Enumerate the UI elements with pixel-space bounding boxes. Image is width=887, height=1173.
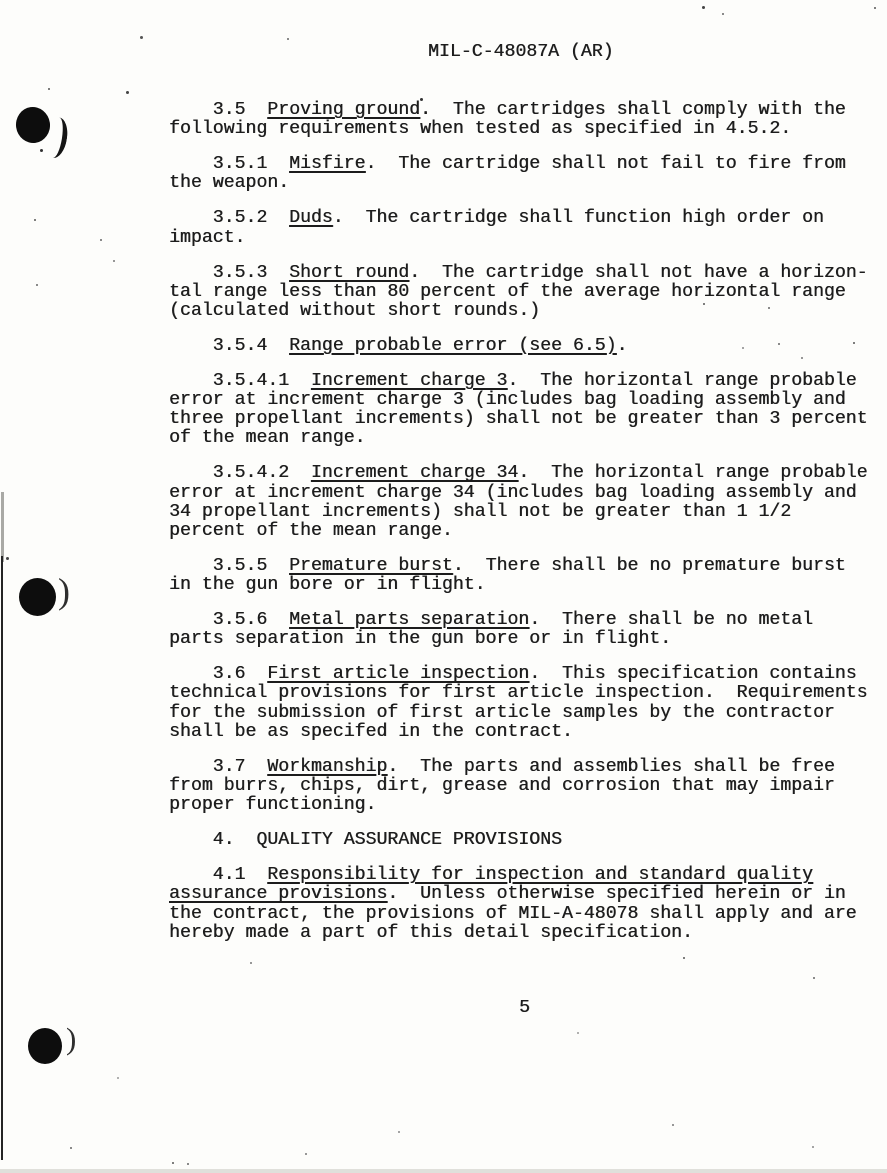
- scan-speckle: [398, 1131, 400, 1133]
- text-segment: 3.5.3: [169, 263, 289, 283]
- scan-speckle: [683, 957, 685, 959]
- scan-speckle: [140, 36, 143, 39]
- punch-hole-mark: [19, 578, 56, 616]
- text-line: (calculated without short rounds.): [169, 302, 868, 321]
- scan-speckle: [100, 239, 102, 241]
- text-line: 4. QUALITY ASSURANCE PROVISIONS: [169, 831, 868, 850]
- scan-speckle: [672, 1124, 674, 1126]
- paragraph: 3.5.3 Short round. The cartridge shall n…: [169, 264, 868, 322]
- document-body: 3.5 Proving ground. The cartridges shall…: [169, 101, 868, 959]
- scanned-document-page: MIL-C-48087A (AR) 3.5 Proving ground. Th…: [0, 0, 887, 1173]
- text-line: 3.5.4.2 Increment charge 34. The horizon…: [169, 464, 868, 483]
- scan-speckle: [172, 1162, 174, 1164]
- text-segment: error at increment charge 34 (includes b…: [169, 483, 857, 503]
- scan-speckle: [6, 557, 9, 560]
- scan-speckle: [778, 343, 780, 345]
- text-line: from burrs, chips, dirt, grease and corr…: [169, 777, 868, 796]
- punch-hole-mark: [28, 1028, 62, 1064]
- text-line: shall be as specifed in the contract.: [169, 723, 868, 742]
- text-segment: 4.1: [169, 865, 267, 885]
- text-segment: 3.5: [169, 100, 267, 120]
- document-header: MIL-C-48087A (AR): [428, 43, 614, 62]
- text-segment: 3.5.4.2: [169, 463, 311, 483]
- scan-speckle: [113, 260, 115, 262]
- scan-speckle: [70, 1147, 72, 1149]
- text-line: error at increment charge 3 (includes ba…: [169, 391, 868, 410]
- text-segment: 3.5.4: [169, 336, 289, 356]
- scan-speckle: [250, 962, 252, 964]
- text-segment: . The parts and assemblies shall be free: [387, 757, 835, 777]
- text-segment: . There shall be no premature burst: [453, 556, 846, 576]
- paragraph: 3.6 First article inspection. This speci…: [169, 665, 868, 742]
- text-segment: the weapon.: [169, 173, 289, 193]
- scan-speckle: [117, 1077, 119, 1079]
- scan-speckle: [34, 219, 36, 221]
- text-line: hereby made a part of this detail specif…: [169, 924, 868, 943]
- text-line: following requirements when tested as sp…: [169, 120, 868, 139]
- paragraph: 4.1 Responsibility for inspection and st…: [169, 866, 868, 943]
- scan-speckle: [287, 38, 289, 40]
- underlined-text-segment: Increment charge 3: [311, 371, 507, 391]
- text-segment: 3.6: [169, 664, 267, 684]
- text-line: the contract, the provisions of MIL-A-48…: [169, 905, 868, 924]
- text-line: percent of the mean range.: [169, 522, 868, 541]
- scan-speckle: [862, 420, 864, 422]
- scan-speckle: [874, 7, 876, 9]
- text-line: 3.5.4.1 Increment charge 3. The horizont…: [169, 372, 868, 391]
- underlined-text-segment: First article inspection: [267, 664, 529, 684]
- text-segment: . The cartridge shall not fail to fire f…: [365, 154, 845, 174]
- text-segment: technical provisions for first article i…: [169, 683, 868, 703]
- text-segment: impact.: [169, 228, 245, 248]
- scan-speckle: [702, 6, 705, 9]
- paragraph: 3.5.1 Misfire. The cartridge shall not f…: [169, 155, 868, 193]
- text-segment: error at increment charge 3 (includes ba…: [169, 390, 846, 410]
- text-segment: 3.5.6: [169, 610, 289, 630]
- pen-crescent-mark: ): [58, 570, 70, 612]
- scan-speckle: [577, 1032, 579, 1034]
- scan-edge-line: [1, 556, 3, 1160]
- underlined-text-segment: Short round: [289, 263, 409, 283]
- scan-speckle: [305, 1153, 307, 1155]
- text-segment: . The cartridge shall not have a horizon…: [409, 263, 867, 283]
- text-line: 3.5.4 Range probable error (see 6.5).: [169, 337, 868, 356]
- text-segment: .: [617, 336, 628, 356]
- text-segment: 3.7: [169, 757, 267, 777]
- scan-speckle: [703, 303, 705, 305]
- text-segment: . The horizontal range probable: [518, 463, 867, 483]
- underlined-text-segment: Proving ground: [267, 100, 420, 120]
- text-line: of the mean range.: [169, 429, 868, 448]
- text-segment: percent of the mean range.: [169, 521, 453, 541]
- text-line: three propellant increments) shall not b…: [169, 410, 868, 429]
- text-line: for the submission of first article samp…: [169, 704, 868, 723]
- scan-speckle: [187, 1163, 189, 1165]
- text-segment: in the gun bore or in flight.: [169, 575, 486, 595]
- text-segment: of the mean range.: [169, 428, 365, 448]
- text-line: 4.1 Responsibility for inspection and st…: [169, 866, 868, 885]
- scan-speckle: [48, 88, 50, 90]
- scan-speckle: [768, 307, 770, 309]
- text-line: technical provisions for first article i…: [169, 684, 868, 703]
- text-line: 3.5.3 Short round. The cartridge shall n…: [169, 264, 868, 283]
- text-segment: . The cartridge shall function high orde…: [333, 208, 824, 228]
- text-segment: . The cartridges shall comply with the: [420, 100, 846, 120]
- text-segment: from burrs, chips, dirt, grease and corr…: [169, 776, 835, 796]
- paragraph: 3.5.4 Range probable error (see 6.5).: [169, 337, 868, 356]
- underlined-text-segment: Metal parts separation: [289, 610, 529, 630]
- scan-edge-shadow: [0, 1169, 887, 1173]
- scan-edge-line: [1, 492, 4, 562]
- pen-crescent-mark: [41, 115, 70, 159]
- text-line: 3.5.1 Misfire. The cartridge shall not f…: [169, 155, 868, 174]
- text-line: parts separation in the gun bore or in f…: [169, 630, 868, 649]
- scan-speckle: [40, 149, 43, 152]
- text-segment: 3.5.4.1: [169, 371, 311, 391]
- text-segment: following requirements when tested as sp…: [169, 119, 791, 139]
- text-line: in the gun bore or in flight.: [169, 576, 868, 595]
- underlined-text-segment: Duds: [289, 208, 333, 228]
- paragraph: 3.5.4.2 Increment charge 34. The horizon…: [169, 464, 868, 541]
- text-line: assurance provisions. Unless otherwise s…: [169, 885, 868, 904]
- text-segment: three propellant increments) shall not b…: [169, 409, 868, 429]
- underlined-text-segment: Misfire: [289, 154, 365, 174]
- text-line: 3.7 Workmanship. The parts and assemblie…: [169, 758, 868, 777]
- text-segment: . Unless otherwise specified herein or i…: [387, 884, 845, 904]
- paragraph: 3.5.4.1 Increment charge 3. The horizont…: [169, 372, 868, 449]
- text-line: error at increment charge 34 (includes b…: [169, 484, 868, 503]
- paragraph: 4. QUALITY ASSURANCE PROVISIONS: [169, 831, 868, 850]
- text-line: proper functioning.: [169, 796, 868, 815]
- underlined-text-segment: Workmanship: [267, 757, 387, 777]
- text-segment: tal range less than 80 percent of the av…: [169, 282, 846, 302]
- scan-speckle: [853, 342, 855, 344]
- text-line: tal range less than 80 percent of the av…: [169, 283, 868, 302]
- text-segment: 3.5.5: [169, 556, 289, 576]
- underlined-text-segment: Range probable error (see 6.5): [289, 336, 616, 356]
- text-segment: shall be as specifed in the contract.: [169, 722, 573, 742]
- page-number: 5: [519, 999, 530, 1018]
- scan-speckle: [801, 357, 803, 359]
- paragraph: 3.5 Proving ground. The cartridges shall…: [169, 101, 868, 139]
- paragraph: 3.5.2 Duds. The cartridge shall function…: [169, 209, 868, 247]
- scan-speckle: [126, 91, 129, 94]
- underlined-text-segment: Responsibility for inspection and standa…: [267, 865, 813, 885]
- text-segment: proper functioning.: [169, 795, 376, 815]
- underlined-text-segment: Premature burst: [289, 556, 453, 576]
- text-line: the weapon.: [169, 174, 868, 193]
- text-segment: 34 propellant increments) shall not be g…: [169, 502, 791, 522]
- scan-speckle: [36, 284, 38, 286]
- text-segment: (calculated without short rounds.): [169, 301, 540, 321]
- scan-speckle: [812, 1146, 814, 1148]
- text-line: impact.: [169, 229, 868, 248]
- text-segment: the contract, the provisions of MIL-A-48…: [169, 904, 857, 924]
- text-line: 3.5.5 Premature burst. There shall be no…: [169, 557, 868, 576]
- paragraph: 3.7 Workmanship. The parts and assemblie…: [169, 758, 868, 816]
- text-line: 34 propellant increments) shall not be g…: [169, 503, 868, 522]
- text-segment: . This specification contains: [529, 664, 856, 684]
- text-segment: . The horizontal range probable: [507, 371, 856, 391]
- text-segment: hereby made a part of this detail specif…: [169, 923, 693, 943]
- pen-crescent-mark: ): [66, 1021, 76, 1057]
- text-segment: 4. QUALITY ASSURANCE PROVISIONS: [169, 830, 562, 850]
- scan-speckle: [420, 98, 423, 101]
- scan-speckle: [813, 977, 815, 979]
- text-segment: . There shall be no metal: [529, 610, 813, 630]
- text-line: 3.5 Proving ground. The cartridges shall…: [169, 101, 868, 120]
- paragraph: 3.5.5 Premature burst. There shall be no…: [169, 557, 868, 595]
- text-segment: for the submission of first article samp…: [169, 703, 835, 723]
- text-line: 3.6 First article inspection. This speci…: [169, 665, 868, 684]
- text-segment: 3.5.1: [169, 154, 289, 174]
- text-line: 3.5.6 Metal parts separation. There shal…: [169, 611, 868, 630]
- text-segment: 3.5.2: [169, 208, 289, 228]
- text-line: 3.5.2 Duds. The cartridge shall function…: [169, 209, 868, 228]
- scan-speckle: [722, 13, 724, 15]
- underlined-text-segment: assurance provisions: [169, 884, 387, 904]
- text-segment: parts separation in the gun bore or in f…: [169, 629, 671, 649]
- scan-speckle: [742, 347, 744, 349]
- underlined-text-segment: Increment charge 34: [311, 463, 518, 483]
- paragraph: 3.5.6 Metal parts separation. There shal…: [169, 611, 868, 649]
